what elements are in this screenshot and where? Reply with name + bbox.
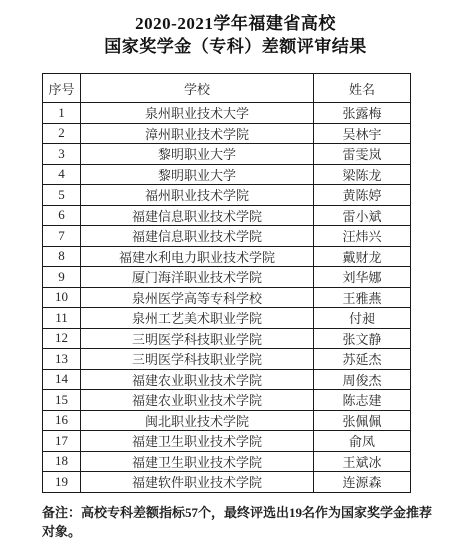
cell-name: 戴财龙	[314, 246, 411, 267]
cell-no: 17	[43, 431, 81, 452]
cell-name: 雷小斌	[314, 205, 411, 226]
cell-name: 吴林宇	[314, 123, 411, 144]
document-page: 2020-2021学年福建省高校 国家奖学金（专科）差额评审结果 序号 学校 姓…	[0, 0, 471, 548]
table-row: 4黎明职业大学梁陈龙	[43, 164, 411, 185]
cell-name: 汪炜兴	[314, 226, 411, 247]
cell-school: 三明医学科技职业学院	[81, 349, 314, 370]
cell-name: 俞凤	[314, 431, 411, 452]
table-row: 13三明医学科技职业学院苏延杰	[43, 349, 411, 370]
table-row: 6福建信息职业技术学院雷小斌	[43, 205, 411, 226]
cell-name: 周俊杰	[314, 369, 411, 390]
cell-school: 福州职业技术学院	[81, 185, 314, 206]
table-header-row: 序号 学校 姓名	[43, 74, 411, 103]
page-title: 2020-2021学年福建省高校 国家奖学金（专科）差额评审结果	[0, 12, 471, 58]
cell-no: 13	[43, 349, 81, 370]
cell-no: 10	[43, 287, 81, 308]
table-row: 14福建农业职业技术学院周俊杰	[43, 369, 411, 390]
note-text: 备注：高校专科差额指标57个，最终评选出19名作为国家奖学金推荐对象。	[42, 503, 440, 541]
cell-school: 黎明职业大学	[81, 164, 314, 185]
cell-no: 6	[43, 205, 81, 226]
table-body: 1泉州职业技术大学张露梅2漳州职业技术学院吴林宇3黎明职业大学雷雯岚4黎明职业大…	[43, 103, 411, 493]
table-row: 19福建软件职业技术学院连源森	[43, 472, 411, 493]
cell-school: 福建信息职业技术学院	[81, 226, 314, 247]
table-row: 5福州职业技术学院黄陈婷	[43, 185, 411, 206]
cell-name: 刘华娜	[314, 267, 411, 288]
cell-no: 12	[43, 328, 81, 349]
cell-no: 4	[43, 164, 81, 185]
cell-name: 黄陈婷	[314, 185, 411, 206]
header-cell-school: 学校	[81, 74, 314, 103]
cell-no: 3	[43, 144, 81, 165]
cell-no: 16	[43, 410, 81, 431]
cell-no: 5	[43, 185, 81, 206]
cell-name: 雷雯岚	[314, 144, 411, 165]
cell-name: 陈志建	[314, 390, 411, 411]
cell-no: 18	[43, 451, 81, 472]
cell-school: 泉州工艺美术职业学院	[81, 308, 314, 329]
cell-no: 2	[43, 123, 81, 144]
cell-school: 厦门海洋职业技术学院	[81, 267, 314, 288]
cell-school: 闽北职业技术学院	[81, 410, 314, 431]
cell-school: 福建软件职业技术学院	[81, 472, 314, 493]
table-row: 9厦门海洋职业技术学院刘华娜	[43, 267, 411, 288]
cell-school: 福建农业职业技术学院	[81, 390, 314, 411]
cell-name: 连源森	[314, 472, 411, 493]
cell-no: 14	[43, 369, 81, 390]
cell-school: 福建农业职业技术学院	[81, 369, 314, 390]
cell-no: 11	[43, 308, 81, 329]
cell-school: 泉州职业技术大学	[81, 103, 314, 124]
table-row: 2漳州职业技术学院吴林宇	[43, 123, 411, 144]
table-row: 7福建信息职业技术学院汪炜兴	[43, 226, 411, 247]
cell-school: 漳州职业技术学院	[81, 123, 314, 144]
cell-no: 8	[43, 246, 81, 267]
cell-school: 黎明职业大学	[81, 144, 314, 165]
cell-no: 19	[43, 472, 81, 493]
cell-school: 福建卫生职业技术学院	[81, 431, 314, 452]
header-cell-name: 姓名	[314, 74, 411, 103]
table-row: 16闽北职业技术学院张佩佩	[43, 410, 411, 431]
cell-school: 福建卫生职业技术学院	[81, 451, 314, 472]
cell-no: 15	[43, 390, 81, 411]
header-cell-no: 序号	[43, 74, 81, 103]
cell-name: 张露梅	[314, 103, 411, 124]
table-row: 17福建卫生职业技术学院俞凤	[43, 431, 411, 452]
cell-name: 付昶	[314, 308, 411, 329]
cell-school: 三明医学科技职业学院	[81, 328, 314, 349]
table-row: 8福建水利电力职业技术学院戴财龙	[43, 246, 411, 267]
cell-no: 1	[43, 103, 81, 124]
cell-name: 苏延杰	[314, 349, 411, 370]
cell-name: 王雅燕	[314, 287, 411, 308]
results-table: 序号 学校 姓名 1泉州职业技术大学张露梅2漳州职业技术学院吴林宇3黎明职业大学…	[42, 73, 411, 493]
table-row: 10泉州医学高等专科学校王雅燕	[43, 287, 411, 308]
cell-name: 张佩佩	[314, 410, 411, 431]
table-row: 1泉州职业技术大学张露梅	[43, 103, 411, 124]
cell-school: 福建信息职业技术学院	[81, 205, 314, 226]
table-row: 18福建卫生职业技术学院王斌冰	[43, 451, 411, 472]
cell-no: 9	[43, 267, 81, 288]
cell-name: 梁陈龙	[314, 164, 411, 185]
table-row: 11泉州工艺美术职业学院付昶	[43, 308, 411, 329]
table-row: 12三明医学科技职业学院张文静	[43, 328, 411, 349]
cell-name: 王斌冰	[314, 451, 411, 472]
cell-school: 泉州医学高等专科学校	[81, 287, 314, 308]
cell-no: 7	[43, 226, 81, 247]
cell-school: 福建水利电力职业技术学院	[81, 246, 314, 267]
page-title-line1: 2020-2021学年福建省高校	[0, 12, 471, 35]
table-row: 3黎明职业大学雷雯岚	[43, 144, 411, 165]
table-row: 15福建农业职业技术学院陈志建	[43, 390, 411, 411]
page-title-line2: 国家奖学金（专科）差额评审结果	[0, 35, 471, 58]
cell-name: 张文静	[314, 328, 411, 349]
